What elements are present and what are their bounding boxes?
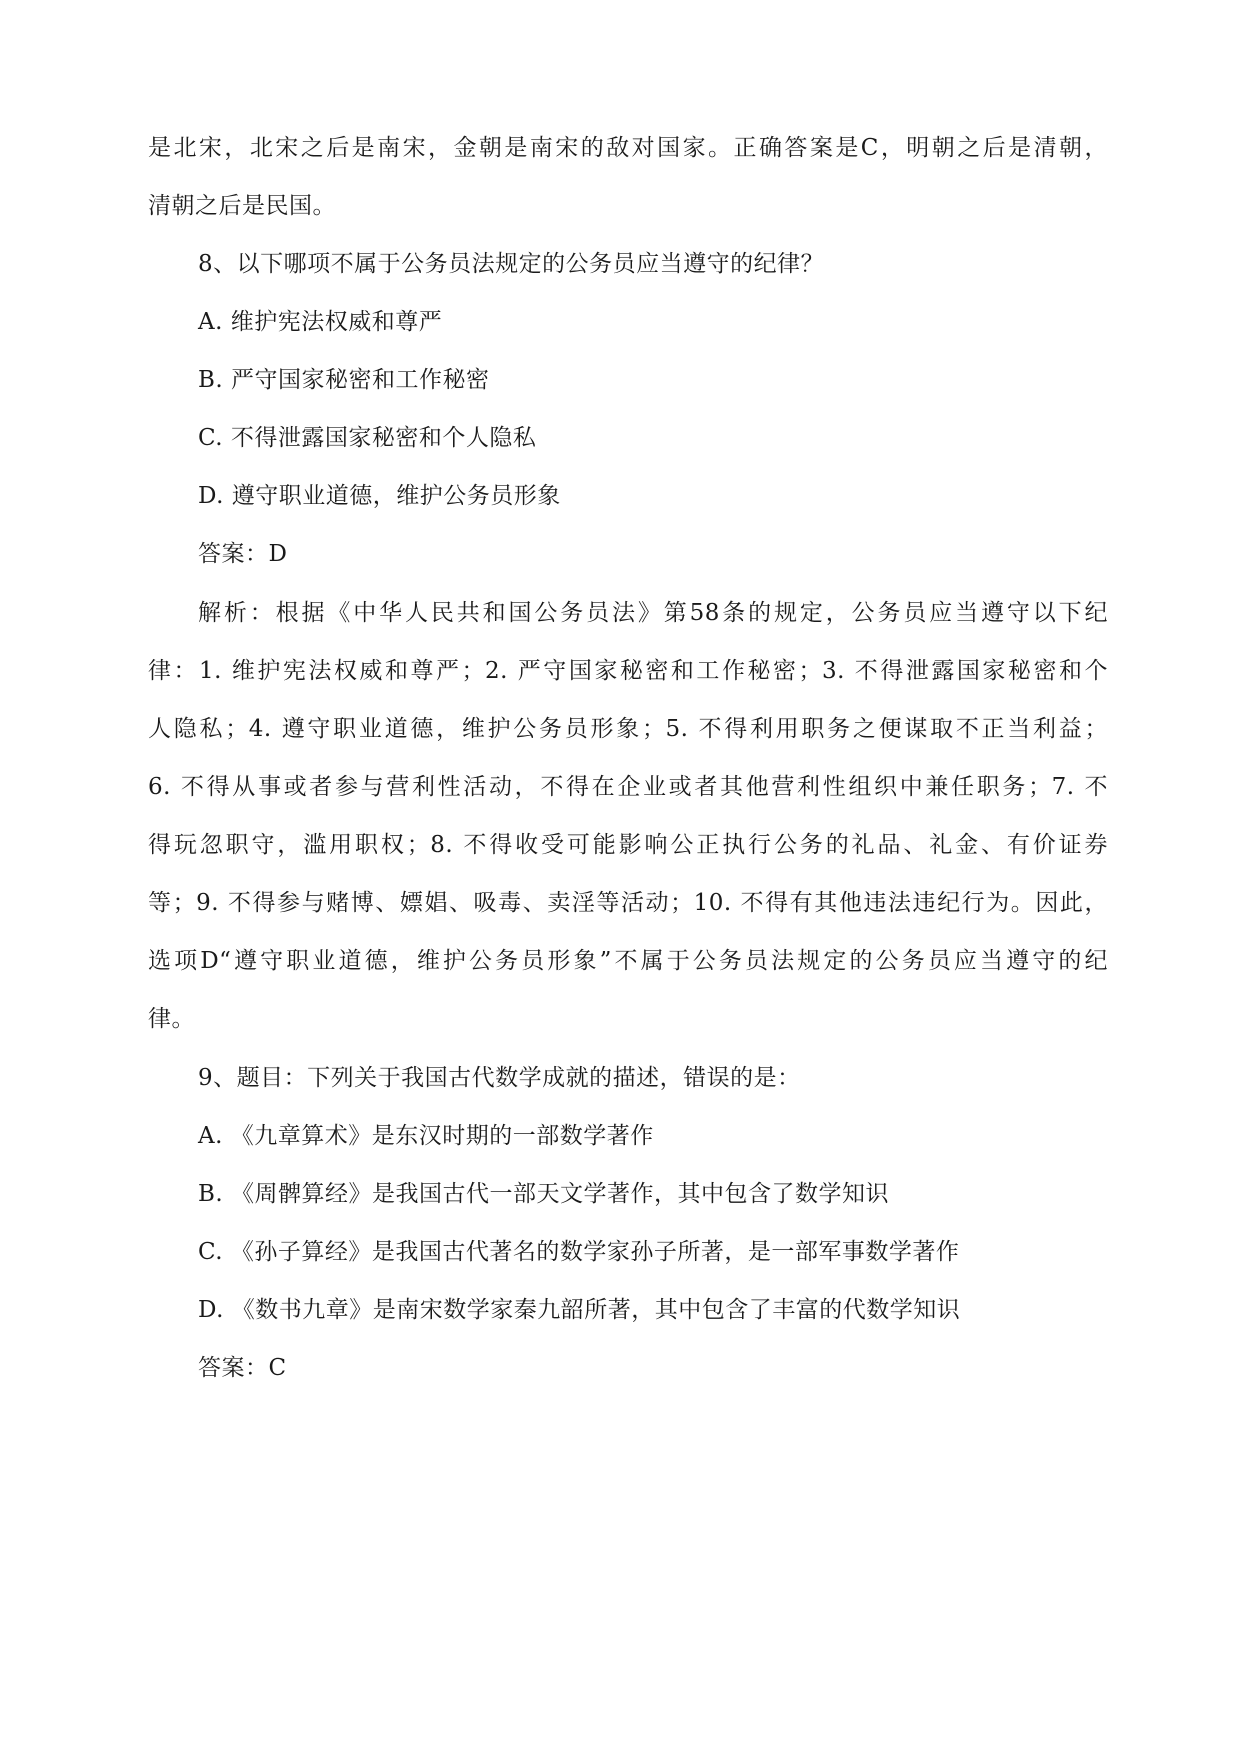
question-9-option-d: D. 《数书九章》是南宋数学家秦九韶所著，其中包含了丰富的代数学知识	[198, 1295, 1158, 1325]
question-9-option-b: B. 《周髀算经》是我国古代一部天文学著作，其中包含了数学知识	[198, 1179, 1158, 1209]
question-8-analysis-line-6: 等；9. 不得参与赌博、嫖娼、吸毒、卖淫等活动；10. 不得有其他违法违纪行为。…	[148, 888, 1108, 918]
continuation-line-1: 是北宋，北宋之后是南宋，金朝是南宋的敌对国家。正确答案是C，明朝之后是清朝，	[148, 133, 1108, 163]
question-8-analysis-line-2: 律：1. 维护宪法权威和尊严；2. 严守国家秘密和工作秘密；3. 不得泄露国家秘…	[148, 656, 1108, 686]
question-9-stem: 9、题目：下列关于我国古代数学成就的描述，错误的是：	[198, 1063, 1158, 1093]
question-8-analysis-line-1: 解析：根据《中华人民共和国公务员法》第58条的规定，公务员应当遵守以下纪	[198, 598, 1108, 628]
question-8-stem: 8、以下哪项不属于公务员法规定的公务员应当遵守的纪律？	[198, 249, 1158, 279]
question-8-option-d: D. 遵守职业道德，维护公务员形象	[198, 481, 1158, 511]
question-8-answer: 答案：D	[198, 539, 1158, 569]
question-8-analysis-line-3: 人隐私；4. 遵守职业道德，维护公务员形象；5. 不得利用职务之便谋取不正当利益…	[148, 714, 1108, 744]
question-8-analysis-line-8: 律。	[148, 1004, 1108, 1034]
continuation-line-2: 清朝之后是民国。	[148, 191, 1108, 221]
question-9-answer: 答案：C	[198, 1353, 1158, 1383]
question-8-option-a: A. 维护宪法权威和尊严	[198, 307, 1158, 337]
document-page: 是北宋，北宋之后是南宋，金朝是南宋的敌对国家。正确答案是C，明朝之后是清朝， 清…	[0, 0, 1241, 1754]
question-9-option-c: C. 《孙子算经》是我国古代著名的数学家孙子所著，是一部军事数学著作	[198, 1237, 1158, 1267]
question-8-option-b: B. 严守国家秘密和工作秘密	[198, 365, 1158, 395]
question-8-analysis-line-5: 得玩忽职守，滥用职权；8. 不得收受可能影响公正执行公务的礼品、礼金、有价证券	[148, 830, 1108, 860]
question-9-option-a: A. 《九章算术》是东汉时期的一部数学著作	[198, 1121, 1158, 1151]
question-8-analysis-line-7: 选项D“遵守职业道德，维护公务员形象”不属于公务员法规定的公务员应当遵守的纪	[148, 946, 1108, 976]
question-8-analysis-line-4: 6. 不得从事或者参与营利性活动，不得在企业或者其他营利性组织中兼任职务；7. …	[148, 772, 1108, 802]
question-8-option-c: C. 不得泄露国家秘密和个人隐私	[198, 423, 1158, 453]
